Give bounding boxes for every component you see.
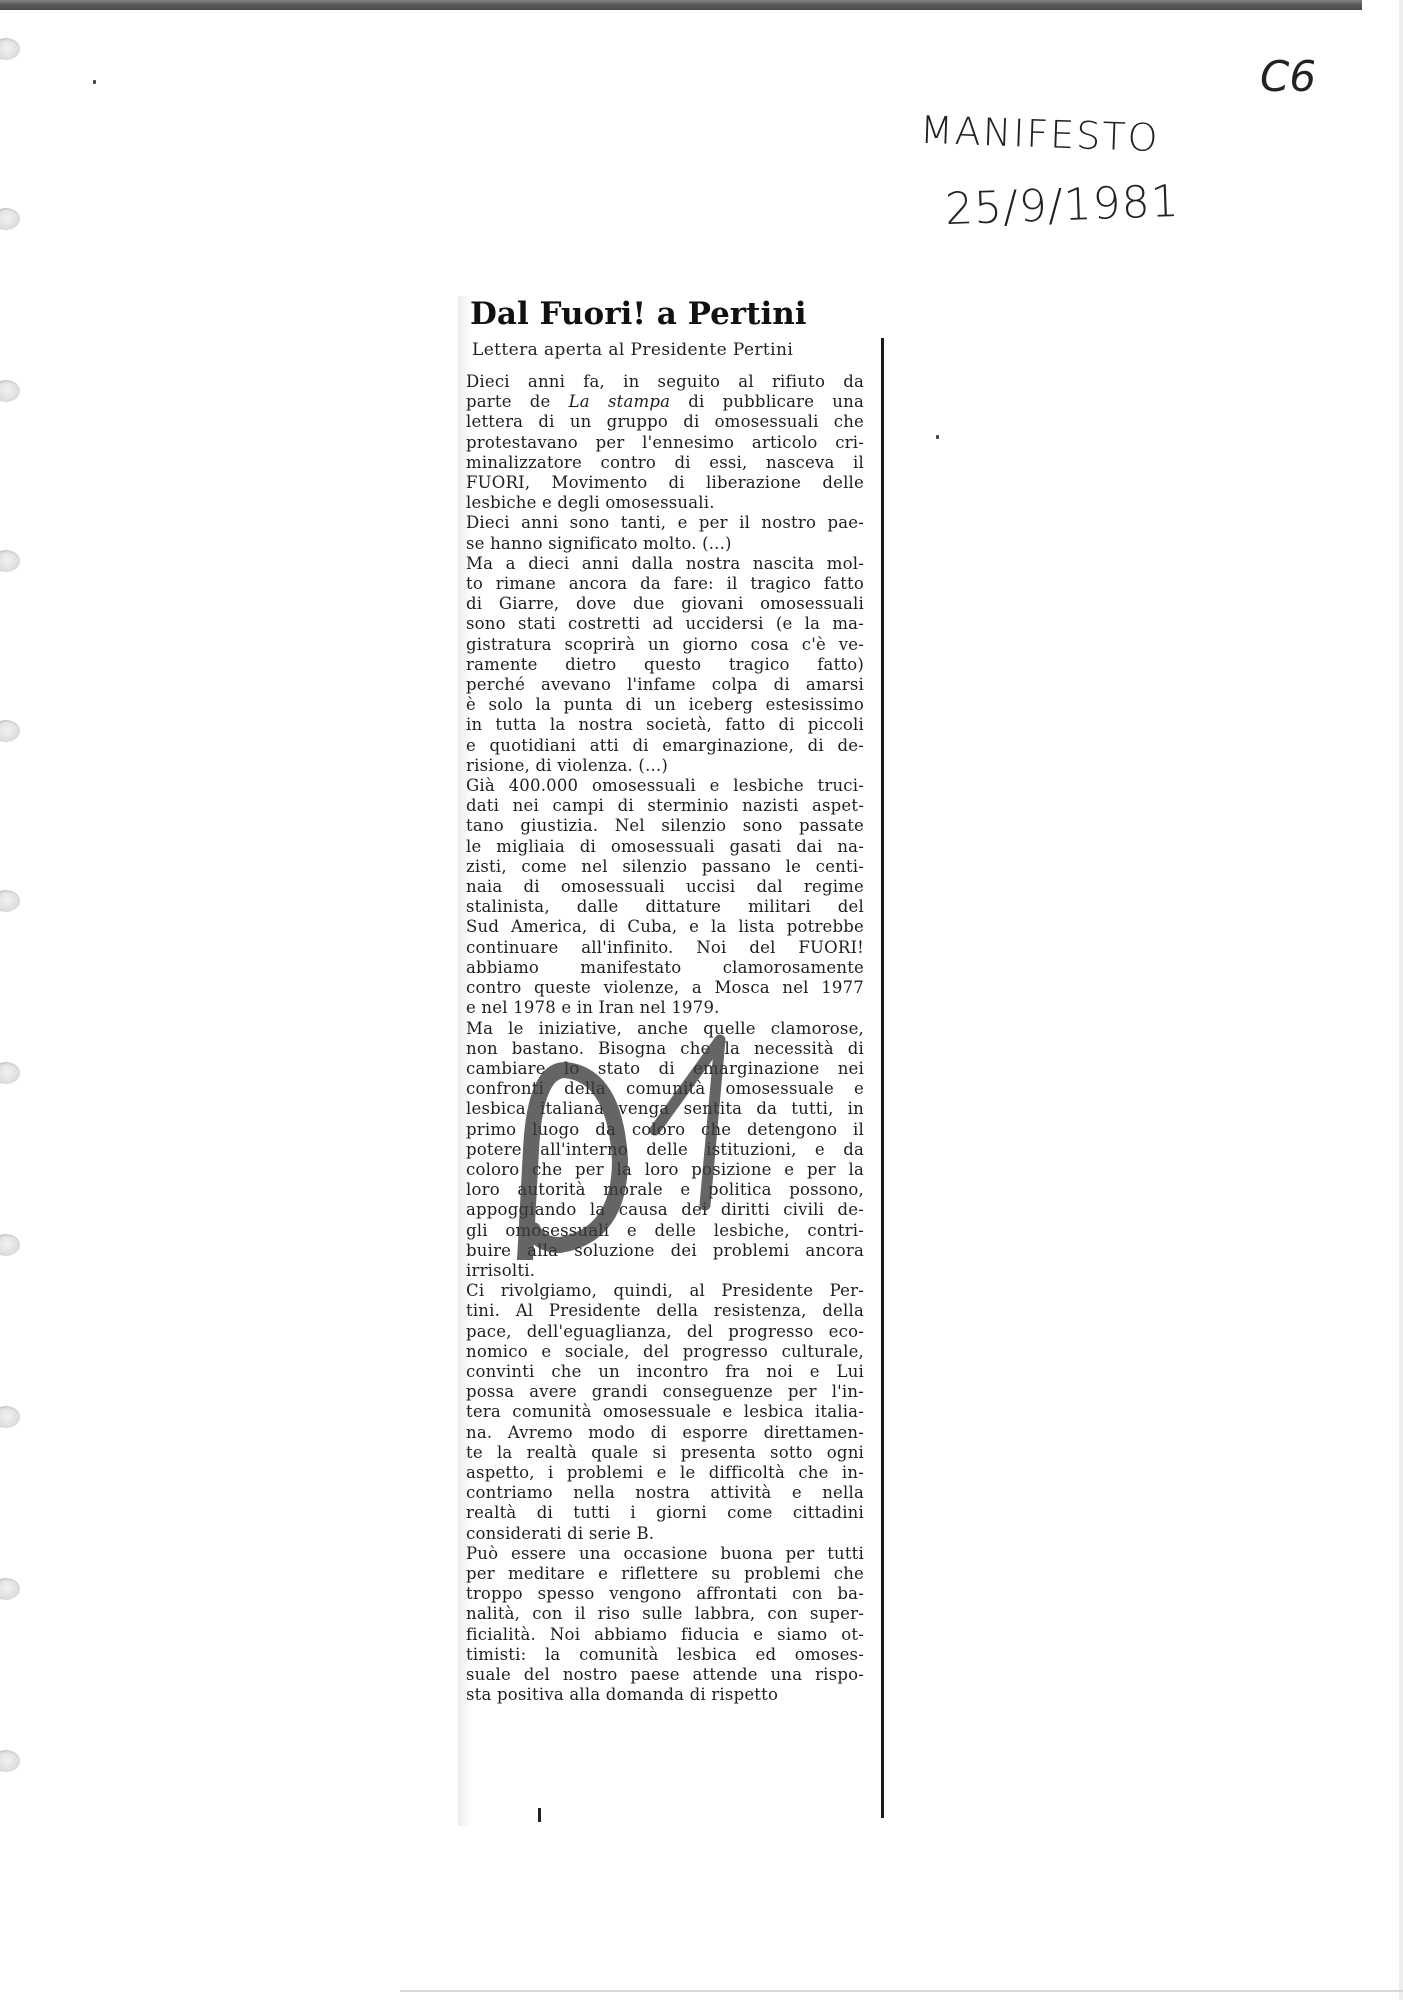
article-line: sono stati costretti ad uccidersi (e la … (466, 614, 864, 634)
article-line: sta positiva alla domanda di rispetto (466, 1685, 864, 1705)
speck (936, 435, 939, 439)
article-line: perché avevano l'infame colpa di amarsi (466, 675, 864, 695)
article-line: Ci rivolgiamo, quindi, al Presidente Per… (466, 1281, 864, 1301)
binder-hole (0, 1578, 20, 1600)
article-line: suale del nostro paese attende una rispo… (466, 1665, 864, 1685)
article-line: Sud America, di Cuba, e la lista potrebb… (466, 917, 864, 937)
article-line: Ma le iniziative, anche quelle clamorose… (466, 1019, 864, 1039)
article-line: tera comunità omosessuale e lesbica ital… (466, 1402, 864, 1422)
scan-right-edge (1399, 0, 1403, 2000)
article-line: contro queste violenze, a Mosca nel 1977 (466, 978, 864, 998)
article-line: ramente dietro questo tragico fatto) (466, 655, 864, 675)
article-line: e nel 1978 e in Iran nel 1979. (466, 998, 864, 1018)
article-line: troppo spesso vengono affrontati con ba- (466, 1584, 864, 1604)
article-line: in tutta la nostra società, fatto di pic… (466, 715, 864, 735)
article-line: le migliaia di omosessuali gasati dai na… (466, 837, 864, 857)
article-line: è solo la punta di un iceberg estesissim… (466, 695, 864, 715)
article-line: nomico e sociale, del progresso cultural… (466, 1342, 864, 1362)
article-body: Dieci anni fa, in seguito al rifiuto dap… (466, 372, 864, 1705)
article-line: primo luogo da coloro che detengono il (466, 1120, 864, 1140)
article-line: appoggiando la causa dei diritti civili … (466, 1200, 864, 1220)
article-line: contriamo nella nostra attività e nella (466, 1483, 864, 1503)
article-line: minalizzatore contro di essi, nasceva il (466, 453, 864, 473)
article-line: ficialità. Noi abbiamo fiducia e siamo o… (466, 1625, 864, 1645)
column-rule (881, 338, 884, 1818)
article-line: te la realtà quale si presenta sotto ogn… (466, 1443, 864, 1463)
article-line: dati nei campi di sterminio nazisti aspe… (466, 796, 864, 816)
article-line: possa avere grandi conseguenze per l'in- (466, 1382, 864, 1402)
article-line: Già 400.000 omosessuali e lesbiche truci… (466, 776, 864, 796)
article-line: continuare all'infinito. Noi del FUORI! (466, 938, 864, 958)
article-line: protestavano per l'ennesimo articolo cri… (466, 433, 864, 453)
article-line: non bastano. Bisogna che la necessità di (466, 1039, 864, 1059)
ink-mark (538, 1808, 541, 1822)
binder-hole (0, 1406, 20, 1428)
article-line: nalità, con il riso sulle labbra, con su… (466, 1604, 864, 1624)
article-line: irrisolti. (466, 1261, 864, 1281)
article-line: buire alla soluzione dei problemi ancora (466, 1241, 864, 1261)
binder-hole (0, 720, 20, 742)
binder-hole (0, 380, 20, 402)
article-line: e quotidiani atti di emarginazione, di d… (466, 736, 864, 756)
article-line: di Giarre, dove due giovani omosessuali (466, 594, 864, 614)
article-line: timisti: la comunità lesbica ed omoses- (466, 1645, 864, 1665)
article-line: tini. Al Presidente della resistenza, de… (466, 1301, 864, 1321)
date-annotation: 25/9/1981 (944, 176, 1180, 235)
article-line: convinti che un incontro fra noi e Lui (466, 1362, 864, 1382)
binder-hole (0, 38, 20, 60)
article-line: coloro che per la loro posizione e per l… (466, 1160, 864, 1180)
article-line: pace, dell'eguaglianza, del progresso ec… (466, 1322, 864, 1342)
article-line: considerati di serie B. (466, 1524, 864, 1544)
article-line: zisti, come nel silenzio passano le cent… (466, 857, 864, 877)
binder-hole (0, 890, 20, 912)
binder-hole (0, 1234, 20, 1256)
article-line: cambiare lo stato di emarginazione nei (466, 1059, 864, 1079)
article-line: risione, di violenza. (...) (466, 756, 864, 776)
article-line: loro autorità morale e politica possono, (466, 1180, 864, 1200)
article-line: Dieci anni fa, in seguito al rifiuto da (466, 372, 864, 392)
article-line: potere all'interno delle istituzioni, e … (466, 1140, 864, 1160)
speck (93, 80, 96, 84)
article-subhead: Lettera aperta al Presidente Pertini (472, 340, 793, 360)
article-line: na. Avremo modo di esporre direttamen- (466, 1423, 864, 1443)
article-line: se hanno significato molto. (...) (466, 534, 864, 554)
archive-code-annotation: C6 (1260, 52, 1316, 101)
article-headline: Dal Fuori! a Pertini (470, 296, 807, 332)
article-line: confronti della comunità omosessuale e (466, 1079, 864, 1099)
article-line: abbiamo manifestato clamorosamente (466, 958, 864, 978)
scan-top-edge (0, 0, 1362, 10)
binder-hole (0, 1062, 20, 1084)
article-line: Ma a dieci anni dalla nostra nascita mol… (466, 554, 864, 574)
scan-bottom-edge (400, 1990, 1403, 1992)
article-line: realtà di tutti i giorni come cittadini (466, 1503, 864, 1523)
binder-hole (0, 550, 20, 572)
article-line: to rimane ancora da fare: il tragico fat… (466, 574, 864, 594)
source-annotation: MANIFESTO (919, 108, 1160, 160)
article-line: Dieci anni sono tanti, e per il nostro p… (466, 513, 864, 533)
article-line: stalinista, dalle dittature militari del (466, 897, 864, 917)
article-line: tano giustizia. Nel silenzio sono passat… (466, 816, 864, 836)
article-line: per meditare e riflettere su problemi ch… (466, 1564, 864, 1584)
article-line: gli omosessuali e delle lesbiche, contri… (466, 1221, 864, 1241)
article-line: Può essere una occasione buona per tutti (466, 1544, 864, 1564)
binder-hole (0, 1750, 20, 1772)
article-line: aspetto, i problemi e le difficoltà che … (466, 1463, 864, 1483)
article-line: naia di omosessuali uccisi dal regime (466, 877, 864, 897)
article-line: lesbica italiana venga sentita da tutti,… (466, 1099, 864, 1119)
article-line: lettera di un gruppo di omosessuali che (466, 412, 864, 432)
article-line: FUORI, Movimento di liberazione delle (466, 473, 864, 493)
article-line: parte de La stampa di pubblicare una (466, 392, 864, 412)
article-line: gistratura scoprirà un giorno cosa c'è v… (466, 635, 864, 655)
binder-hole (0, 208, 20, 230)
article-line: lesbiche e degli omosessuali. (466, 493, 864, 513)
